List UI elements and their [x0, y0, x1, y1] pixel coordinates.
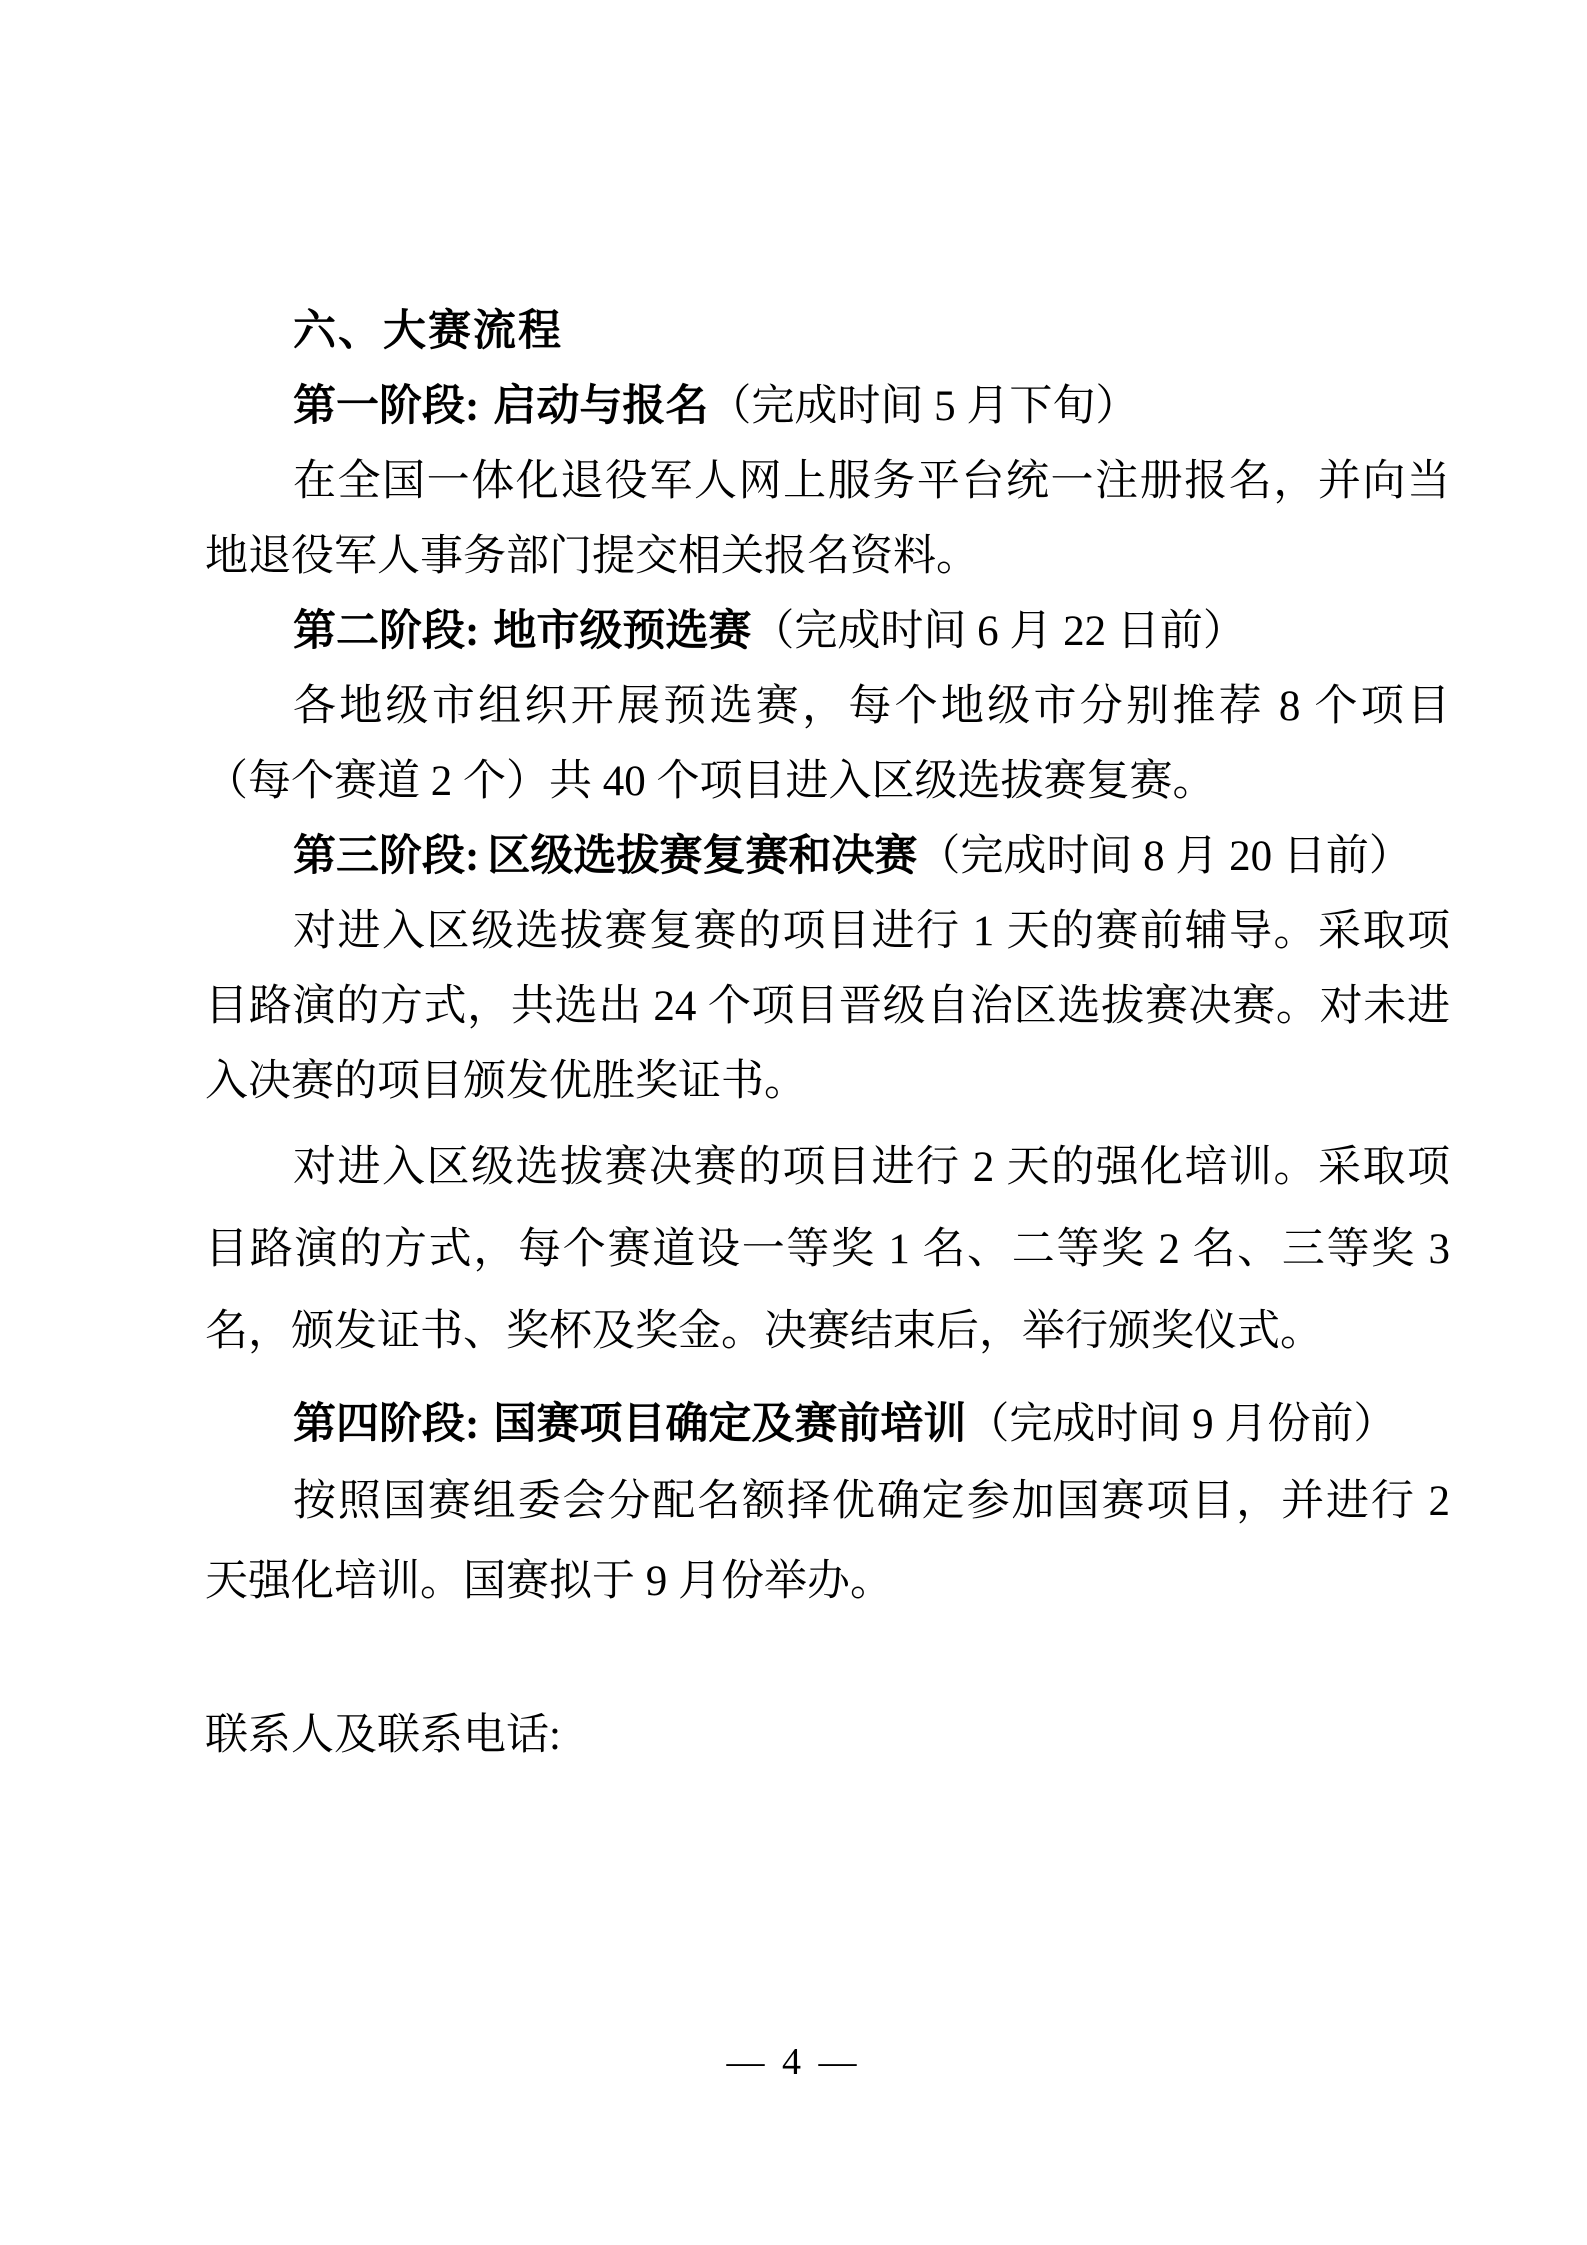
stage-4-paragraph: 按照国赛组委会分配名额择优确定参加国赛项目，并进行 2 天强化培训。国赛拟于 9…	[205, 1462, 1450, 1622]
page-number: — 4 —	[0, 2038, 1587, 2086]
section-heading: 六、大赛流程	[205, 294, 1450, 369]
stage-1-heading: 第一阶段:启动与报名（完成时间 5 月下旬）	[205, 369, 1450, 444]
stage-1-title: 启动与报名	[493, 383, 708, 430]
stage-3-paragraph-1: 对进入区级选拔赛复赛的项目进行 1 天的赛前辅导。采取项目路演的方式，共选出 2…	[205, 894, 1450, 1119]
stage-2-label: 第二阶段:	[293, 608, 479, 655]
stage-4-deadline: （完成时间 9 月份前）	[966, 1401, 1396, 1448]
document-page: 六、大赛流程 第一阶段:启动与报名（完成时间 5 月下旬） 在全国一体化退役军人…	[0, 0, 1587, 2245]
stage-3-heading: 第三阶段:区级选拔赛复赛和决赛（完成时间 8 月 20 日前）	[205, 819, 1450, 894]
stage-4-heading: 第四阶段:国赛项目确定及赛前培训（完成时间 9 月份前）	[205, 1387, 1450, 1462]
stage-2-deadline: （完成时间 6 月 22 日前）	[751, 608, 1246, 655]
stage-4-label: 第四阶段:	[293, 1401, 479, 1448]
stage-2-title: 地市级预选赛	[493, 608, 751, 655]
stage-3-paragraph-2: 对进入区级选拔赛决赛的项目进行 2 天的强化培训。采取项目路演的方式，每个赛道设…	[205, 1127, 1450, 1373]
stage-1-label: 第一阶段:	[293, 383, 479, 430]
stage-3-deadline: （完成时间 8 月 20 日前）	[917, 833, 1412, 880]
stage-3-label: 第三阶段:	[293, 833, 479, 880]
stage-1-paragraph: 在全国一体化退役军人网上服务平台统一注册报名，并向当地退役军人事务部门提交相关报…	[205, 444, 1450, 594]
stage-2-paragraph: 各地级市组织开展预选赛，每个地级市分别推荐 8 个项目（每个赛道 2 个）共 4…	[205, 669, 1450, 819]
stage-4-title: 国赛项目确定及赛前培训	[493, 1401, 966, 1448]
contact-label: 联系人及联系电话:	[205, 1698, 1450, 1773]
stage-3-title: 区级选拔赛复赛和决赛	[487, 833, 917, 880]
stage-2-heading: 第二阶段:地市级预选赛（完成时间 6 月 22 日前）	[205, 594, 1450, 669]
stage-1-deadline: （完成时间 5 月下旬）	[708, 383, 1138, 430]
